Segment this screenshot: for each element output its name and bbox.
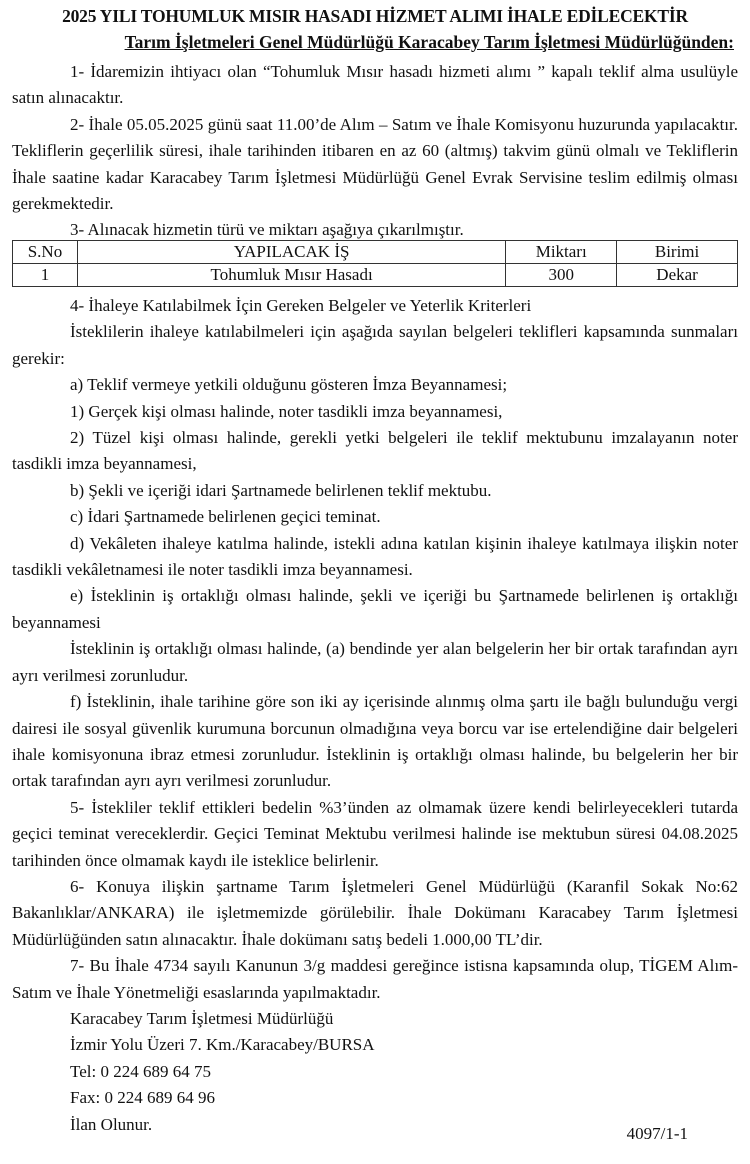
table-header-quantity: Miktarı: [506, 241, 617, 264]
table-row: 1 Tohumluk Mısır Hasadı 300 Dekar: [13, 264, 738, 287]
announcement-title: 2025 YILI TOHUMLUK MISIR HASADI HİZMET A…: [12, 6, 738, 27]
issuer-subtitle: Tarım İşletmeleri Genel Müdürlüğü Karaca…: [12, 32, 738, 53]
item-e-note: İsteklinin iş ortaklığı olması halinde, …: [12, 636, 738, 689]
item-b: b) Şekli ve içeriği idari Şartnamede bel…: [12, 478, 738, 504]
reference-number: 4097/1-1: [627, 1124, 688, 1144]
item-a: a) Teklif vermeye yetkili olduğunu göste…: [12, 372, 738, 398]
paragraph-6: 6- Konuya ilişkin şartname Tarım İşletme…: [12, 874, 738, 953]
section-4-7: 4- İhaleye Katılabilmek İçin Gereken Bel…: [12, 293, 738, 1138]
item-a2: 2) Tüzel kişi olması halinde, gerekli ye…: [12, 425, 738, 478]
table-header-unit: Birimi: [617, 241, 738, 264]
item-e: e) İsteklinin iş ortaklığı olması halind…: [12, 583, 738, 636]
contact-address: İzmir Yolu Üzeri 7. Km./Karacabey/BURSA: [12, 1032, 738, 1058]
contact-fax: Fax: 0 224 689 64 96: [12, 1085, 738, 1111]
service-table: S.No YAPILACAK İŞ Miktarı Birimi 1 Tohum…: [12, 240, 738, 287]
contact-tel: Tel: 0 224 689 64 75: [12, 1059, 738, 1085]
item-d: d) Vekâleten ihaleye katılma halinde, is…: [12, 531, 738, 584]
paragraph-5: 5- İstekliler teklif ettikleri bedelin %…: [12, 795, 738, 874]
paragraph-2: 2- İhale 05.05.2025 günü saat 11.00’de A…: [12, 112, 738, 218]
paragraph-4: 4- İhaleye Katılabilmek İçin Gereken Bel…: [12, 293, 738, 319]
contact-org: Karacabey Tarım İşletmesi Müdürlüğü: [12, 1006, 738, 1032]
paragraph-7: 7- Bu İhale 4734 sayılı Kanunun 3/g madd…: [12, 953, 738, 1006]
item-c: c) İdari Şartnamede belirlenen geçici te…: [12, 504, 738, 530]
table-header-row: S.No YAPILACAK İŞ Miktarı Birimi: [13, 241, 738, 264]
cell-sno: 1: [13, 264, 78, 287]
item-f: f) İsteklinin, ihale tarihine göre son i…: [12, 689, 738, 795]
paragraph-1: 1- İdaremizin ihtiyacı olan “Tohumluk Mı…: [12, 59, 738, 112]
paragraph-4-intro: İsteklilerin ihaleye katılabilmeleri içi…: [12, 319, 738, 372]
cell-work: Tohumluk Mısır Hasadı: [77, 264, 505, 287]
table-header-sno: S.No: [13, 241, 78, 264]
section-1-3: 1- İdaremizin ihtiyacı olan “Tohumluk Mı…: [12, 59, 738, 244]
table-header-work: YAPILACAK İŞ: [77, 241, 505, 264]
item-a1: 1) Gerçek kişi olması halinde, noter tas…: [12, 399, 738, 425]
cell-unit: Dekar: [617, 264, 738, 287]
cell-quantity: 300: [506, 264, 617, 287]
